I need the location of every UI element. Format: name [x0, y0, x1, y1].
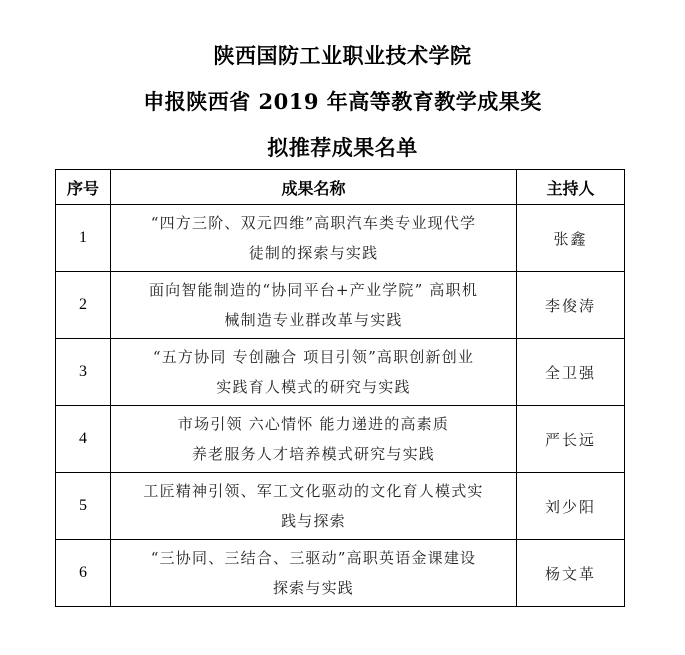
row-host: 刘少阳 — [517, 473, 625, 540]
result-name-line: 市场引领 六心情怀 能力递进的高素质 — [111, 409, 516, 439]
row-index: 6 — [56, 540, 111, 607]
row-host: 张鑫 — [517, 205, 625, 272]
result-name-line: “四方三阶、双元四维”高职汽车类专业现代学 — [111, 208, 516, 238]
row-result-name: “三协同、三结合、三驱动”高职英语金课建设 探索与实践 — [111, 540, 517, 607]
row-result-name: “五方协同 专创融合 项目引领”高职创新创业 实践育人模式的研究与实践 — [111, 339, 517, 406]
result-name-line: 面向智能制造的“协同平台+产业学院” 高职机 — [111, 275, 516, 305]
row-index: 1 — [56, 205, 111, 272]
row-result-name: 市场引领 六心情怀 能力递进的高素质 养老服务人才培养模式研究与实践 — [111, 406, 517, 473]
row-result-name: 面向智能制造的“协同平台+产业学院” 高职机 械制造专业群改革与实践 — [111, 272, 517, 339]
result-name-line: 实践育人模式的研究与实践 — [111, 372, 516, 402]
row-result-name: “四方三阶、双元四维”高职汽车类专业现代学 徒制的探索与实践 — [111, 205, 517, 272]
table-row: 3 “五方协同 专创融合 项目引领”高职创新创业 实践育人模式的研究与实践 全卫… — [56, 339, 625, 406]
result-name-line: 徒制的探索与实践 — [111, 238, 516, 268]
table-row: 4 市场引领 六心情怀 能力递进的高素质 养老服务人才培养模式研究与实践 严长远 — [56, 406, 625, 473]
row-host: 杨文革 — [517, 540, 625, 607]
result-name-line: “三协同、三结合、三驱动”高职英语金课建设 — [111, 543, 516, 573]
row-index: 3 — [56, 339, 111, 406]
row-host: 全卫强 — [517, 339, 625, 406]
result-name-line: 工匠精神引领、军工文化驱动的文化育人模式实 — [111, 476, 516, 506]
document-title-award: 申报陕西省 2019 年高等教育教学成果奖 — [0, 88, 685, 116]
table-row: 5 工匠精神引领、军工文化驱动的文化育人模式实 践与探索 刘少阳 — [56, 473, 625, 540]
result-name-line: 械制造专业群改革与实践 — [111, 305, 516, 335]
table-header-row: 序号 成果名称 主持人 — [56, 170, 625, 205]
result-name-line: 探索与实践 — [111, 573, 516, 603]
table-row: 6 “三协同、三结合、三驱动”高职英语金课建设 探索与实践 杨文革 — [56, 540, 625, 607]
result-name-line: 养老服务人才培养模式研究与实践 — [111, 439, 516, 469]
header-host: 主持人 — [517, 170, 625, 205]
row-host: 严长远 — [517, 406, 625, 473]
row-index: 5 — [56, 473, 111, 540]
row-result-name: 工匠精神引领、军工文化驱动的文化育人模式实 践与探索 — [111, 473, 517, 540]
row-host: 李俊涛 — [517, 272, 625, 339]
header-result-name: 成果名称 — [111, 170, 517, 205]
document-title-institution: 陕西国防工业职业技术学院 — [0, 42, 685, 70]
document-title-list: 拟推荐成果名单 — [0, 134, 685, 162]
result-name-line: “五方协同 专创融合 项目引领”高职创新创业 — [111, 342, 516, 372]
table-row: 2 面向智能制造的“协同平台+产业学院” 高职机 械制造专业群改革与实践 李俊涛 — [56, 272, 625, 339]
table-row: 1 “四方三阶、双元四维”高职汽车类专业现代学 徒制的探索与实践 张鑫 — [56, 205, 625, 272]
header-index: 序号 — [56, 170, 111, 205]
result-name-line: 践与探索 — [111, 506, 516, 536]
row-index: 2 — [56, 272, 111, 339]
recommended-results-table: 序号 成果名称 主持人 1 “四方三阶、双元四维”高职汽车类专业现代学 徒制的探… — [55, 169, 625, 607]
row-index: 4 — [56, 406, 111, 473]
